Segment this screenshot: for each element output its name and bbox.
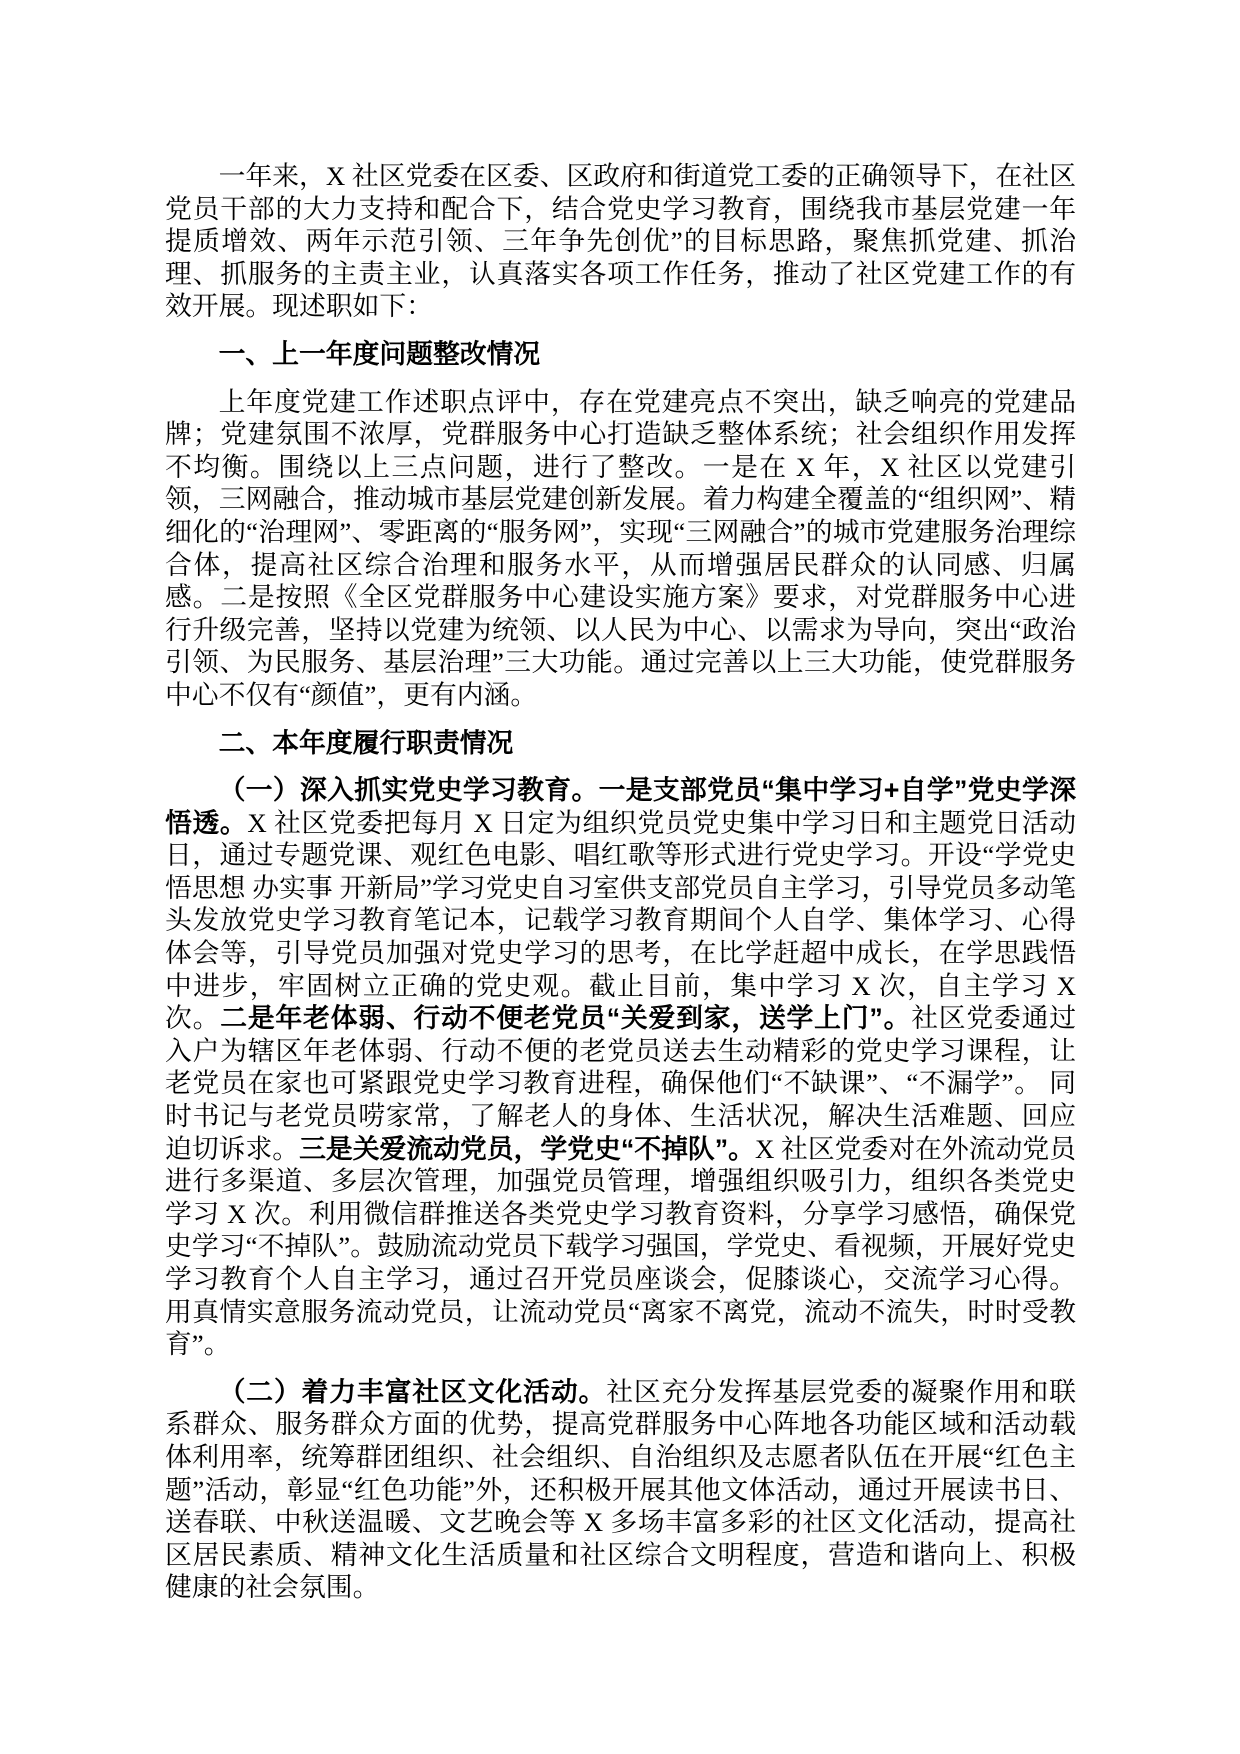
paragraph: 上年度党建工作述职点评中，存在党建亮点不突出，缺乏响亮的党建品牌；党建氛围不浓厚…: [165, 386, 1076, 712]
paragraph: （一）深入抓实党史学习教育。一是支部党员“集中学习+自学”党史学深悟透。X 社区…: [165, 774, 1076, 1361]
bold-text-run: 一、上一年度问题整改情况: [219, 339, 541, 369]
text-run: 社区充分发挥基层党委的凝聚作用和联系群众、服务群众方面的优势，提高党群服务中心阵…: [165, 1377, 1076, 1603]
paragraph: 一年来，X 社区党委在区委、区政府和街道党工委的正确领导下，在社区党员干部的大力…: [165, 160, 1076, 323]
bold-text-run: 三是关爱流动党员，学党史“不掉队”。: [299, 1134, 755, 1164]
bold-text-run: 二、本年度履行职责情况: [219, 728, 514, 758]
document-page: 一年来，X 社区党委在区委、区政府和街道党工委的正确领导下，在社区党员干部的大力…: [0, 0, 1240, 1754]
text-run: X 社区党委把每月 X 日定为组织党员党史集中学习日和主题党日活动日，通过专题党…: [165, 808, 1076, 1034]
text-run: X 社区党委对在外流动党员进行多渠道、多层次管理，加强党员管理，增强组织吸引力，…: [165, 1134, 1076, 1360]
section-heading: 一、上一年度问题整改情况: [165, 338, 1076, 371]
bold-text-run: （二）着力丰富社区文化活动。: [219, 1377, 607, 1407]
text-run: 上年度党建工作述职点评中，存在党建亮点不突出，缺乏响亮的党建品牌；党建氛围不浓厚…: [165, 387, 1076, 710]
text-run: 一年来，X 社区党委在区委、区政府和街道党工委的正确领导下，在社区党员干部的大力…: [165, 161, 1076, 321]
paragraph: （二）着力丰富社区文化活动。社区充分发挥基层党委的凝聚作用和联系群众、服务群众方…: [165, 1376, 1076, 1604]
document-body: 一年来，X 社区党委在区委、区政府和街道党工委的正确领导下，在社区党员干部的大力…: [165, 160, 1076, 1604]
bold-text-run: 二是年老体弱、行动不便老党员“关爱到家，送学上门”。: [220, 1003, 911, 1033]
section-heading: 二、本年度履行职责情况: [165, 727, 1076, 760]
